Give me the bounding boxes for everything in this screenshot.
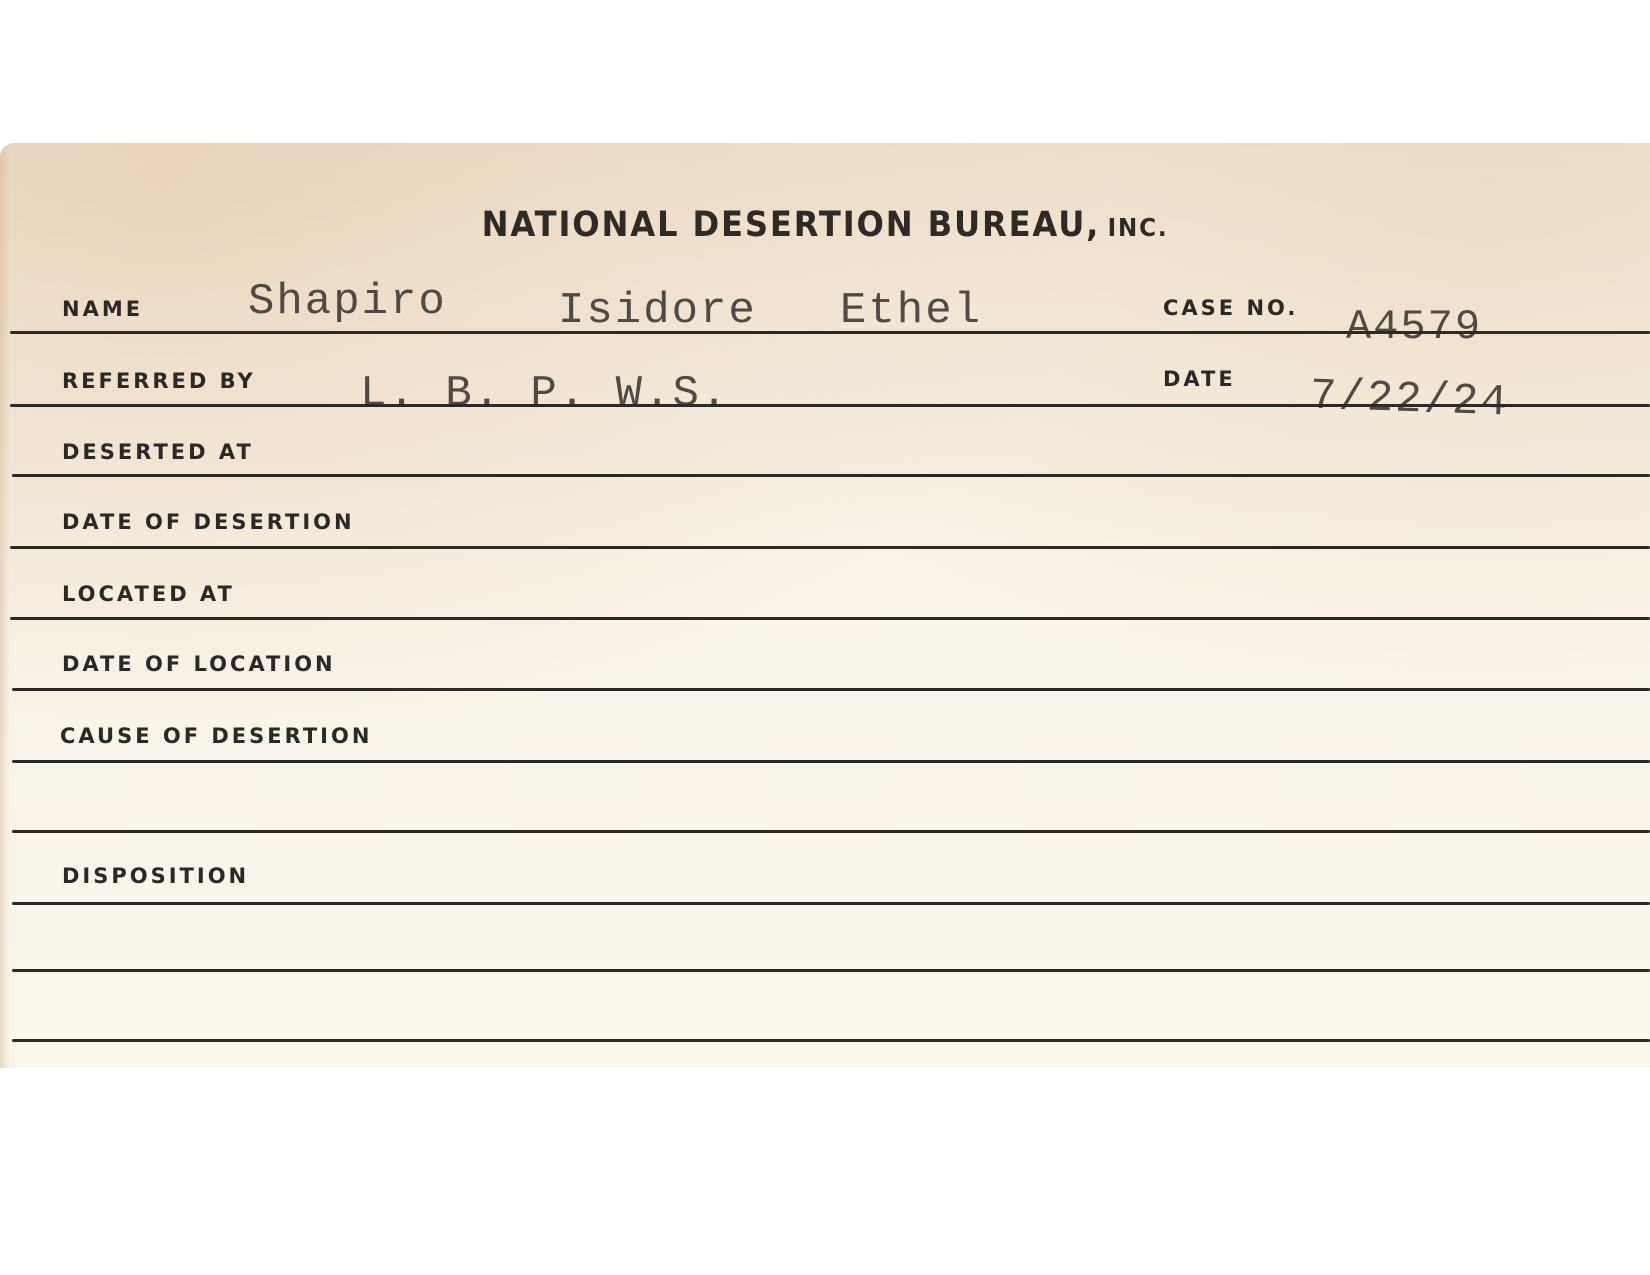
name-label: NAME — [62, 297, 143, 321]
cause-of-desertion-line — [12, 760, 1650, 763]
date-label: DATE — [1163, 367, 1236, 391]
disposition-extra-line-1 — [12, 969, 1650, 972]
date-of-desertion-line — [10, 546, 1650, 549]
located-at-label: LOCATED AT — [62, 582, 235, 606]
located-at-line — [10, 617, 1650, 620]
deserted-at-label: DESERTED AT — [62, 440, 254, 464]
date-of-desertion-label: DATE OF DESERTION — [62, 510, 355, 534]
organization-suffix: INC. — [1108, 213, 1169, 242]
name-line — [10, 331, 1650, 334]
date-of-location-line — [12, 688, 1650, 691]
surname-value: Shapiro — [248, 277, 447, 327]
date-value: 7/22/24 — [1309, 372, 1509, 429]
case-no-label: CASE NO. — [1163, 296, 1298, 320]
first-name-value: Isidore — [558, 286, 757, 336]
card-title: NATIONAL DESERTION BUREAU,INC. — [66, 205, 1584, 245]
date-of-location-label: DATE OF LOCATION — [62, 652, 336, 676]
referred-by-line — [10, 404, 1650, 407]
disposition-line — [12, 902, 1650, 905]
spouse-name-value: Ethel — [840, 286, 982, 336]
organization-name: NATIONAL DESERTION BUREAU, — [482, 205, 1101, 245]
cause-of-desertion-extra-line — [12, 830, 1650, 833]
cause-of-desertion-label: CAUSE OF DESERTION — [60, 724, 372, 748]
index-card: NATIONAL DESERTION BUREAU,INC. NAME Shap… — [0, 143, 1650, 1068]
case-no-value: A4579 — [1346, 303, 1482, 351]
deserted-at-line — [12, 474, 1650, 477]
referred-by-label: REFERRED BY — [62, 369, 256, 393]
disposition-extra-line-2 — [12, 1039, 1650, 1042]
disposition-label: DISPOSITION — [62, 864, 249, 888]
referred-by-value: L. B. P. W.S. — [360, 369, 729, 419]
